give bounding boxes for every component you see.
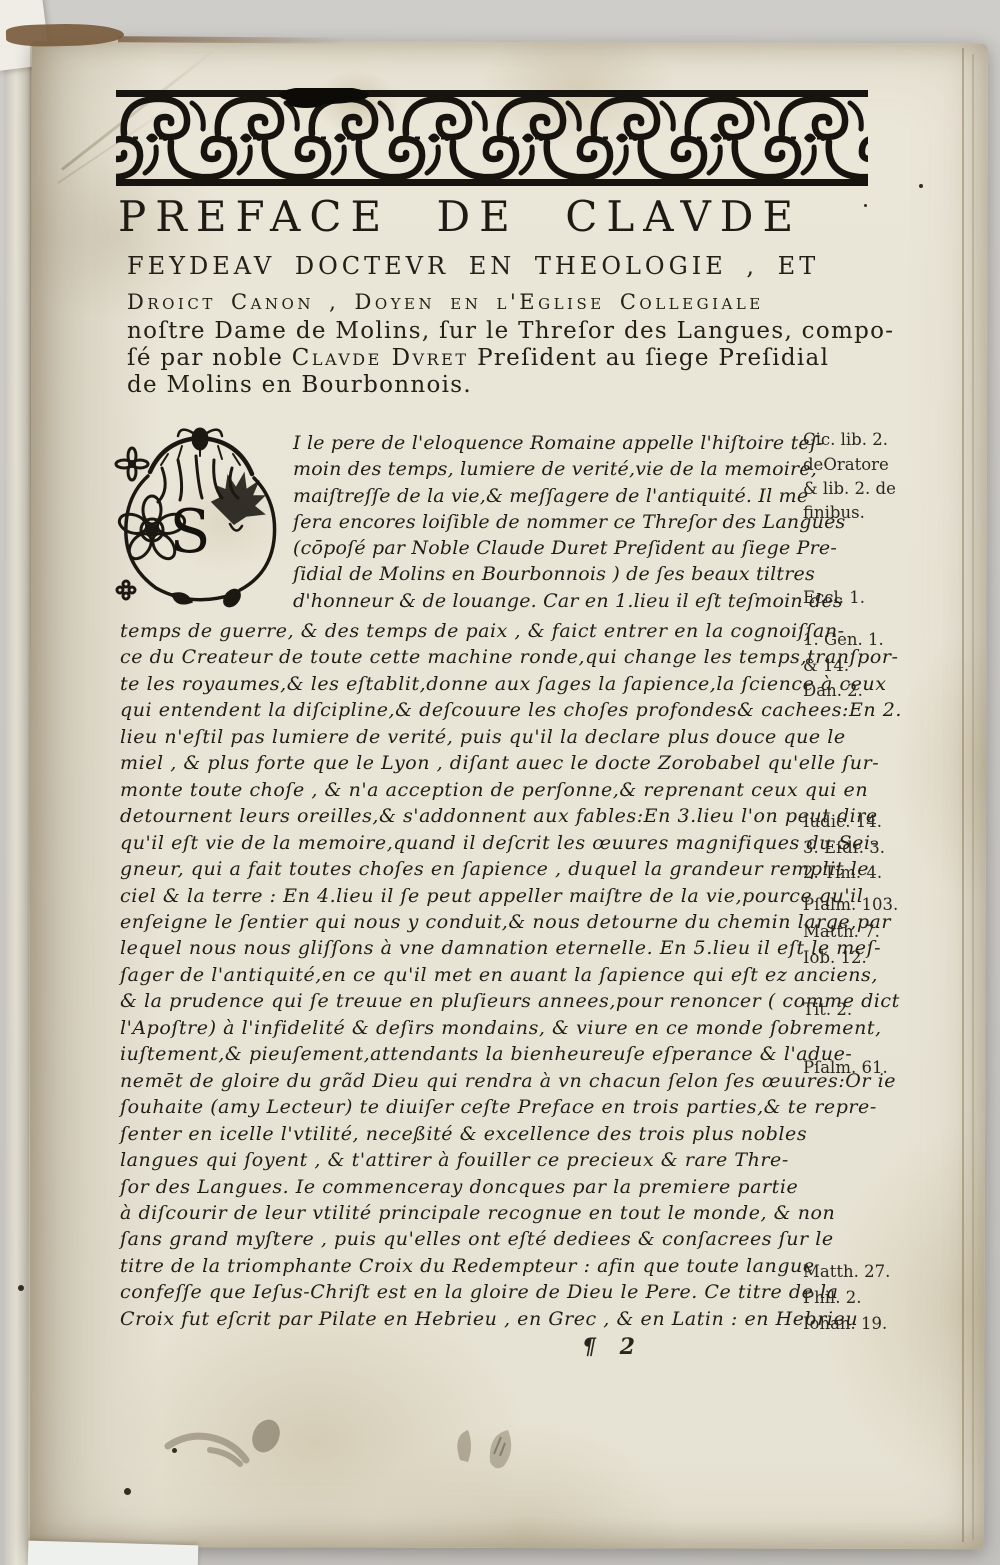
margin-note: Pſalm. 103. bbox=[803, 895, 998, 914]
subtitle-line-4: ſé par noble Clavde Dvret Preſident au ſ… bbox=[127, 345, 829, 371]
text-line: detournent leurs oreilles,& s'addonnent … bbox=[120, 803, 902, 829]
text-line: nemēt de gloire du grãd Dieu qui rendra … bbox=[120, 1068, 902, 1094]
margin-note: Matth. 7. bbox=[803, 922, 998, 941]
text-line: ciel & la terre : En 4.lieu il ſe peut a… bbox=[120, 883, 902, 909]
page-title: PREFACE DE CLAVDE bbox=[118, 192, 818, 241]
margin-note: Iudic. 14. bbox=[803, 812, 998, 831]
text-line: temps de guerre, & des temps de paix , &… bbox=[120, 618, 902, 644]
text-line: monte toute choſe , & n'a acception de p… bbox=[120, 777, 902, 803]
subtitle-line-5: de Molins en Bourbonnois. bbox=[127, 372, 472, 398]
opening-text-block: I le pere de l'eloquence Romaine appelle… bbox=[293, 430, 845, 614]
text-line: te les royaumes,& les eſtablit,donne aux… bbox=[120, 671, 902, 697]
paper-speck bbox=[919, 184, 923, 188]
small-flower-icon bbox=[116, 448, 148, 480]
body-text-block: temps de guerre, & des temps de paix , &… bbox=[120, 618, 902, 1332]
bottom-page-sliver bbox=[28, 1541, 199, 1565]
under-pages-edge bbox=[4, 0, 31, 1565]
text-line: lequel nous nous gliſſons à vne damnatio… bbox=[120, 935, 902, 961]
margin-note: 2. Tim. 4. bbox=[803, 863, 998, 882]
subtitle-line-4-pre: ſé par noble bbox=[127, 345, 292, 371]
tiny-flower-icon bbox=[117, 581, 135, 599]
text-line: enſeigne le ſentier qui nous y conduit,&… bbox=[120, 909, 902, 935]
margin-note: Matth. 27. bbox=[803, 1262, 998, 1281]
margin-note: Tit. 2. bbox=[803, 1000, 998, 1019]
text-line: qui entendent la diſcipline,& deſcouure … bbox=[120, 697, 902, 723]
margin-note: & lib. 2. de bbox=[803, 479, 998, 498]
text-line: ſenter en icelle l'vtilité, neceßité & e… bbox=[120, 1121, 902, 1147]
text-line: d'honneur & de louange. Car en 1.lieu il… bbox=[293, 588, 845, 614]
margin-note: Dan. 2. bbox=[803, 681, 998, 700]
margin-note: Eccl. 1. bbox=[803, 588, 998, 607]
text-line: miel , & plus forte que le Lyon , diſant… bbox=[120, 750, 902, 776]
author-name: Clavde Dvret bbox=[292, 345, 469, 371]
margin-note: 1. Gen. 1. bbox=[803, 630, 998, 649]
margin-note: Iohan. 19. bbox=[803, 1314, 998, 1333]
wormhole bbox=[172, 1448, 177, 1453]
text-line: langues qui ſoyent , & t'attirer à fouil… bbox=[120, 1147, 902, 1173]
text-line: ce du Createur de toute cette machine ro… bbox=[120, 644, 902, 670]
headpiece-ornament bbox=[116, 88, 868, 188]
text-line: ſouhaite (amy Lecteur) te diuiſer ceſte … bbox=[120, 1094, 902, 1120]
margin-note: 3. Eſdr. 3. bbox=[803, 838, 998, 857]
text-line: ſager de l'antiquité,en ce qu'il met en … bbox=[120, 962, 902, 988]
margin-note: Iob. 12. bbox=[803, 948, 998, 967]
ink-smudges bbox=[150, 1398, 550, 1498]
text-line: gneur, qui a fait toutes choſes en ſapie… bbox=[120, 856, 902, 882]
text-line: titre de la triomphante Croix du Redempt… bbox=[120, 1253, 902, 1279]
margin-note: finibus. bbox=[803, 503, 998, 522]
margin-note: Pſalm. 61. bbox=[803, 1058, 998, 1077]
margin-note: Phil. 2. bbox=[803, 1288, 998, 1307]
text-line: qu'il eſt vie de la memoire,quand il deſ… bbox=[120, 830, 902, 856]
text-line: maiſtreſſe de la vie,& meſſagere de l'an… bbox=[293, 483, 845, 509]
text-line: Croix fut eſcrit par Pilate en Hebrieu ,… bbox=[120, 1306, 902, 1332]
text-line: ſans grand myſtere , puis qu'elles ont e… bbox=[120, 1226, 902, 1252]
text-line: confeſſe que Ieſus-Chriſt est en la gloi… bbox=[120, 1279, 902, 1305]
text-line: iuſtement,& pieuſement,attendants la bie… bbox=[120, 1041, 902, 1067]
margin-note: & 14. bbox=[803, 656, 998, 675]
text-line: ſera encores loiſible de nommer ce Threſ… bbox=[293, 509, 845, 535]
paper-speck bbox=[864, 204, 867, 207]
text-line: à diſcourir de leur vtilité principale r… bbox=[120, 1200, 902, 1226]
text-line: I le pere de l'eloquence Romaine appelle… bbox=[293, 430, 845, 456]
margin-note: deOratore bbox=[803, 455, 998, 474]
subtitle-line-2: Droict Canon , Doyen en l'Eglise Collegi… bbox=[127, 290, 764, 314]
text-line: (cōpoſé par Noble Claude Duret Preſident… bbox=[293, 535, 845, 561]
wormhole bbox=[124, 1488, 131, 1495]
subtitle-line-3: noſtre Dame de Molins, ſur le Threſor de… bbox=[127, 318, 894, 344]
signature-mark: ¶ 2 bbox=[582, 1334, 643, 1360]
text-line: ſor des Langues. Ie commenceray doncques… bbox=[120, 1174, 902, 1200]
margin-note: Cic. lib. 2. bbox=[803, 430, 998, 449]
drop-cap-letter: S bbox=[169, 497, 210, 567]
text-line: l'Apoſtre) à l'infidelité & deſirs monda… bbox=[120, 1015, 902, 1041]
text-line: & la prudence qui ſe treuue en pluſieurs… bbox=[120, 988, 902, 1014]
subtitle-line-1: FEYDEAV DOCTEVR EN THEOLOGIE , ET bbox=[127, 252, 819, 280]
drop-cap-woodcut: S bbox=[112, 426, 290, 610]
antique-book-page-photo: PREFACE DE CLAVDE FEYDEAV DOCTEVR EN THE… bbox=[0, 0, 1000, 1565]
bee-icon bbox=[193, 429, 207, 449]
text-line: moin des temps, lumiere de verité,vie de… bbox=[293, 456, 845, 482]
text-line: ſidial de Molins en Bourbonnois ) de ſes… bbox=[293, 561, 845, 587]
wormhole bbox=[18, 1285, 24, 1291]
subtitle-line-4-post: Preſident au ſiege Preſidial bbox=[469, 345, 830, 371]
text-line: lieu n'eſtil pas lumiere de verité, puis… bbox=[120, 724, 902, 750]
